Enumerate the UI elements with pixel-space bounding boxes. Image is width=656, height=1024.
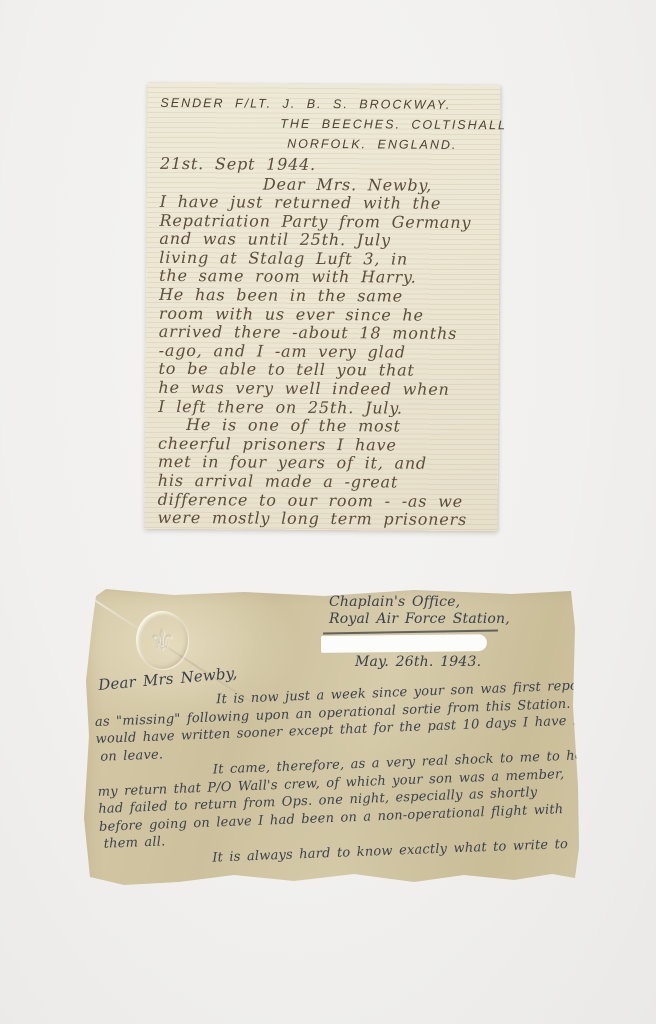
- letterhead: Chaplain's Office, Royal Air Force Stati…: [329, 594, 510, 628]
- letter-1944-paper: SENDER F/LT. J. B. S. BROCKWAY. THE BEEC…: [144, 83, 500, 531]
- letter-body: It is now just a week since your son was…: [94, 677, 596, 871]
- address-line-2: NORFOLK. ENGLAND.: [287, 134, 490, 155]
- station-line: Royal Air Force Station,: [329, 611, 510, 628]
- handwritten-line: were mostly long term prisoners: [157, 509, 487, 530]
- sender-line: SENDER F/LT. J. B. S. BROCKWAY.: [160, 93, 490, 115]
- royal-coat-of-arms-icon: ⚜: [136, 611, 188, 669]
- date-line: May. 26th. 1943.: [355, 654, 481, 671]
- photo-background: SENDER F/LT. J. B. S. BROCKWAY. THE BEEC…: [0, 0, 656, 1024]
- letter-body: I have just returned with the Repatriati…: [157, 193, 489, 530]
- salutation: Dear Mrs Newby,: [97, 664, 238, 694]
- office-line: Chaplain's Office,: [329, 594, 510, 611]
- address-line-1: THE BEECHES. COLTISHALL: [280, 114, 490, 135]
- redaction-strip: [321, 634, 487, 653]
- letter-1943-paper: ⚜ Chaplain's Office, Royal Air Force Sta…: [84, 586, 596, 908]
- date-line: 21st. Sept 1944.: [160, 153, 490, 176]
